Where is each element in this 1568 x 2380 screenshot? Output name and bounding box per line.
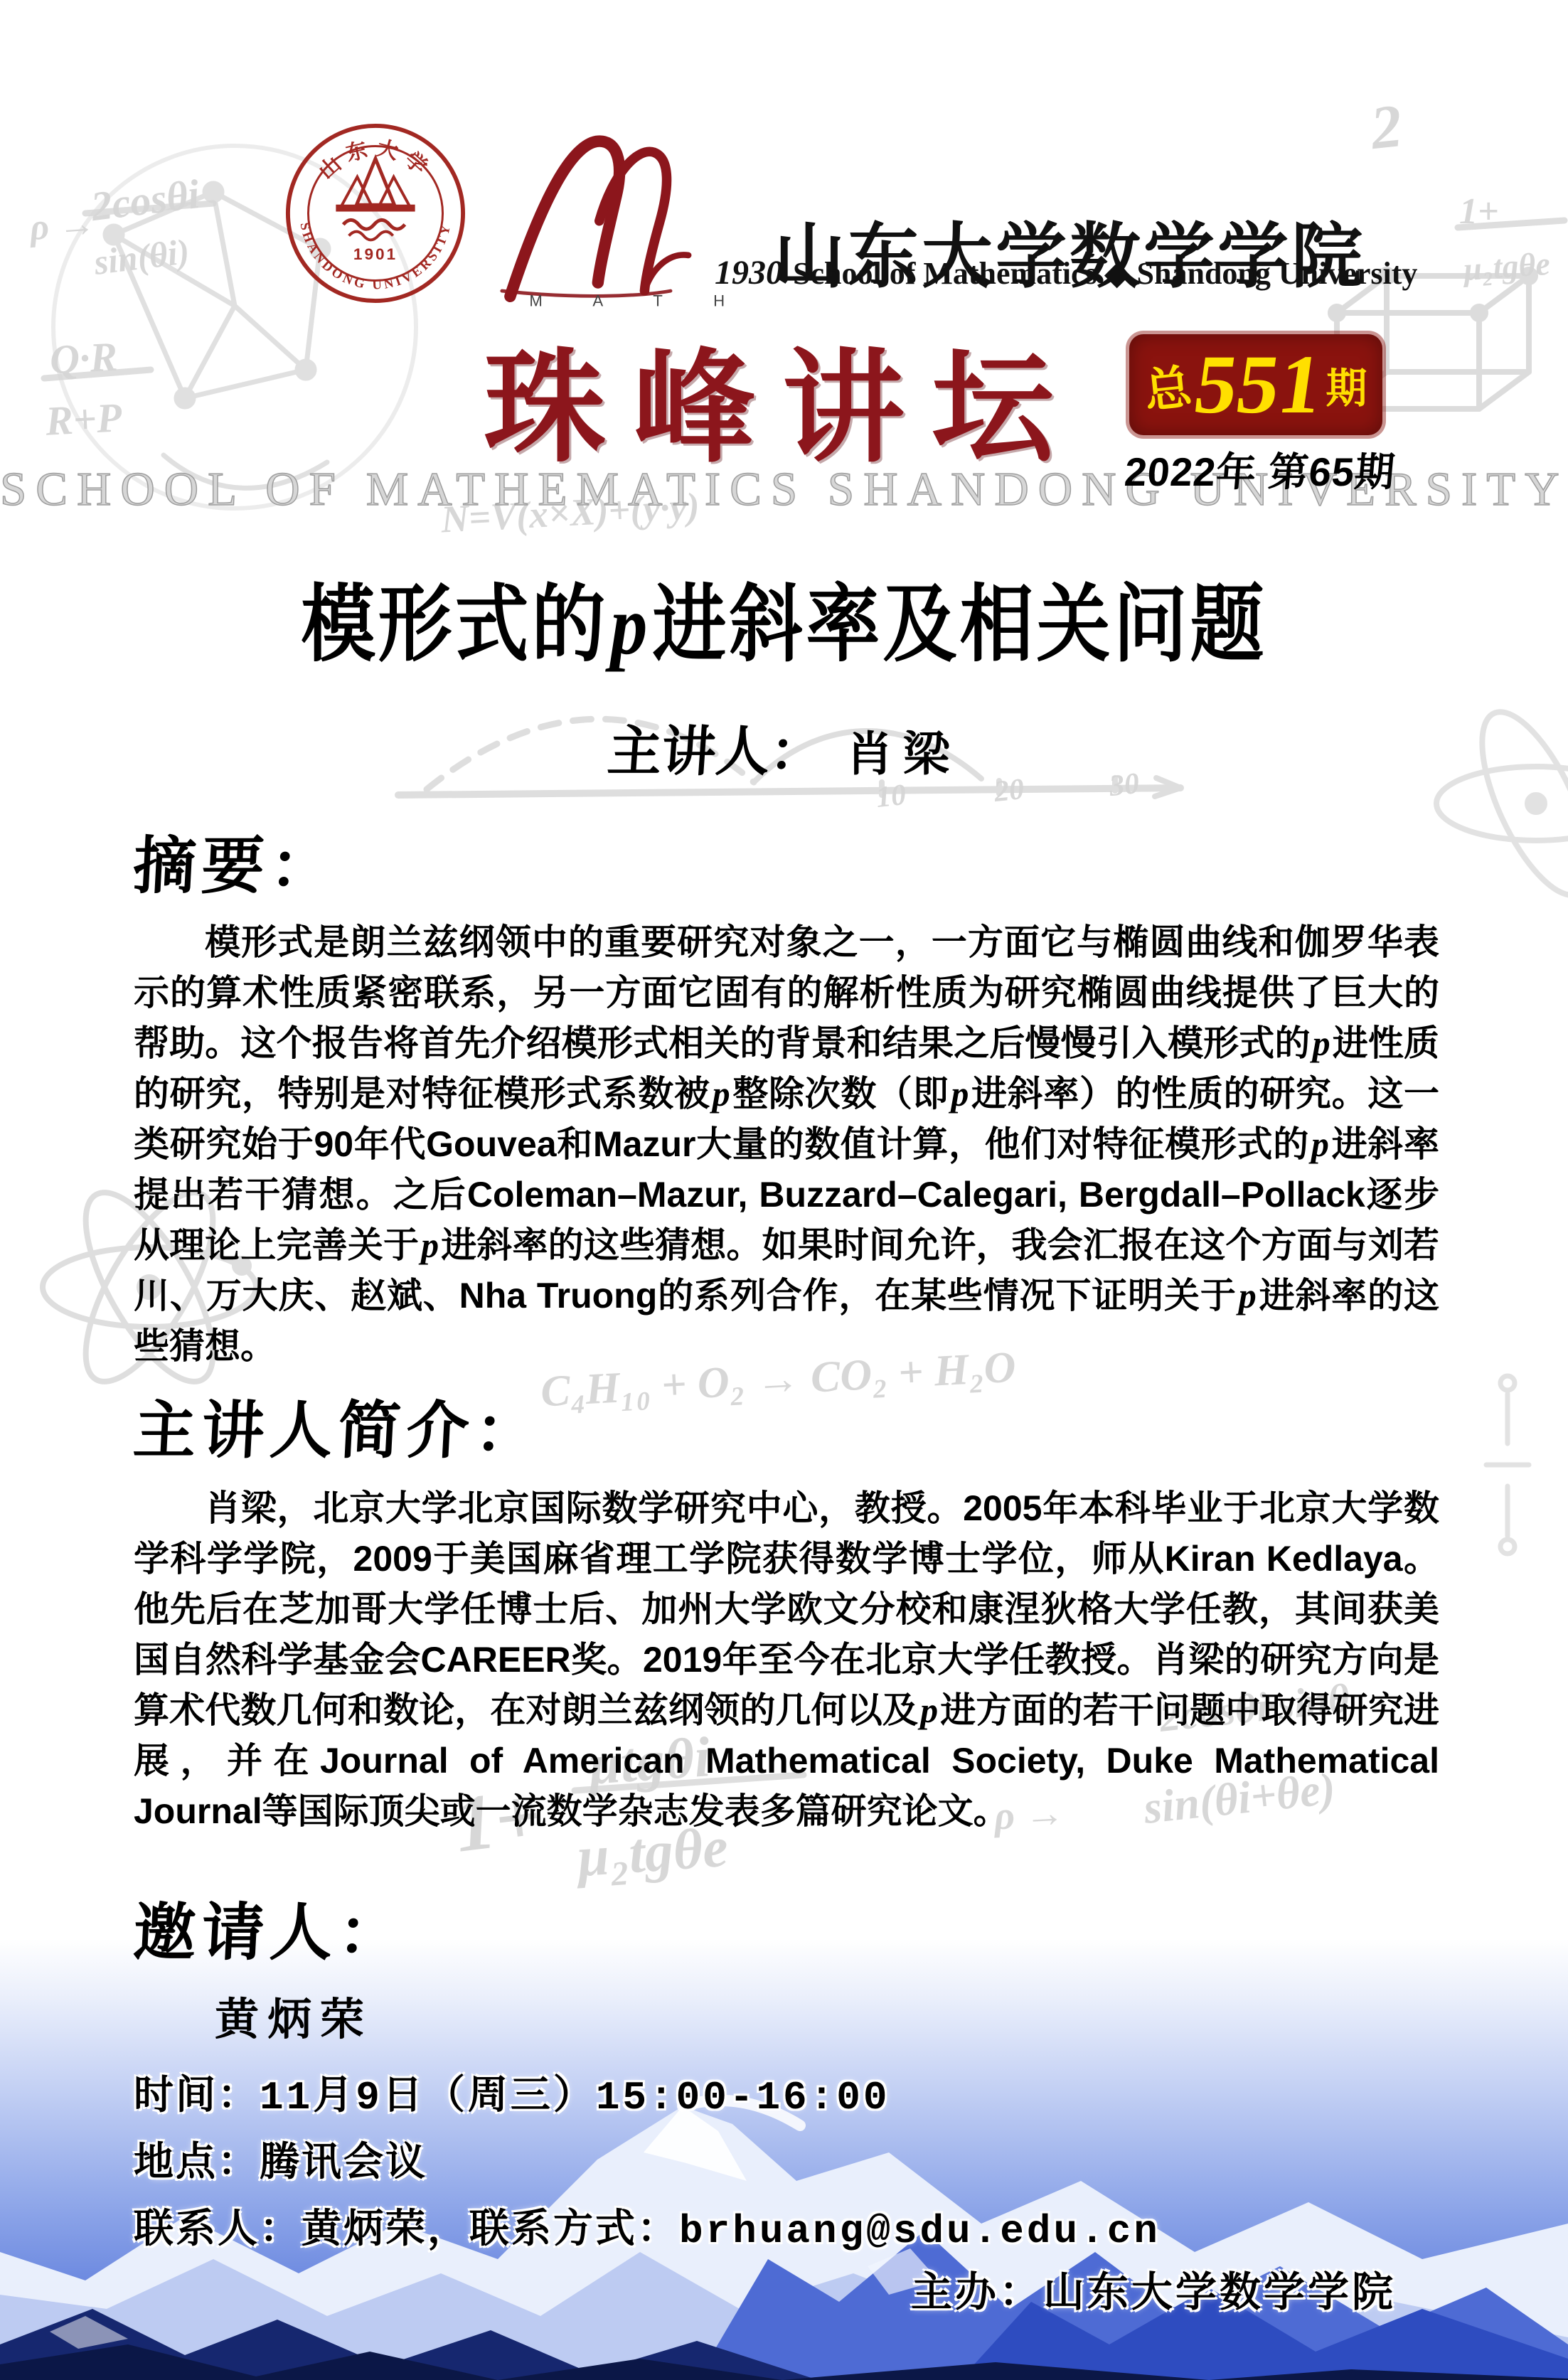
forum-name: 珠峰讲坛 — [484, 310, 1124, 486]
inviter-heading: 邀请人： — [132, 1883, 410, 1973]
detail-contact-line: 联系人：黄炳荣，联系方式：brhuang@sdu.edu.cn — [134, 2197, 1161, 2254]
abstract-heading: 摘要： — [132, 816, 341, 906]
bio-heading: 主讲人简介： — [132, 1381, 546, 1471]
m-logo-letters: M A T H — [529, 292, 736, 309]
contact-value: 黄炳荣，联系方式： — [302, 2206, 679, 2251]
contact-label: 联系人： — [134, 2206, 302, 2251]
abstract-paragraph: 模形式是朗兰兹纲领中的重要研究对象之一，一方面它与椭圆曲线和伽罗华表示的算术性质… — [134, 917, 1439, 1372]
speaker-label: 主讲人： — [605, 708, 827, 786]
detail-time-line: 时间：11月9日（周三）15:00-16:00 — [134, 2064, 890, 2120]
stamp-suffix: 期 — [1326, 355, 1367, 415]
issue-number-stamp: 总 551 期 — [1129, 334, 1382, 435]
issue-year-line: 2022年 第65期 — [1123, 441, 1398, 498]
contact-email: brhuang@sdu.edu.cn — [679, 2209, 1161, 2254]
venue-value: 腾讯会议 — [260, 2139, 427, 2184]
talk-title: 模形式的p进斜率及相关问题 — [0, 556, 1568, 678]
shandong-university-seal: 山东大学 SHANDONG UNIVERSITY 1901 — [284, 122, 466, 304]
m-logo-year: 1930 — [715, 254, 783, 292]
detail-venue-line: 地点：腾讯会议 — [134, 2130, 427, 2187]
seal-mountain-emblem — [336, 159, 415, 240]
stamp-number: 551 — [1190, 343, 1328, 427]
speaker-line: 主讲人： 肖梁 — [0, 708, 1568, 786]
math-m-logo: M A T H — [491, 119, 736, 311]
organizer-line: 主办：山东大学数学学院 — [911, 2258, 1396, 2318]
stamp-prefix: 总 — [1141, 348, 1195, 420]
school-name-en-row: 1930School of Mathematics ◆ Shandong Uni… — [715, 253, 1417, 292]
venue-label: 地点： — [134, 2139, 260, 2184]
speaker-name: 肖梁 — [846, 727, 960, 780]
time-label: 时间： — [134, 2072, 260, 2117]
bio-paragraph: 肖梁，北京大学北京国际数学研究中心，教授。2005年本科毕业于北京大学数学科学学… — [134, 1483, 1439, 1837]
school-name-en: School of Mathematics ◆ Shandong Univers… — [793, 256, 1417, 291]
inviter-name: 黄炳荣 — [215, 1984, 373, 2047]
seal-year: 1901 — [353, 245, 398, 263]
time-value: 11月9日（周三）15:00-16:00 — [260, 2075, 890, 2120]
